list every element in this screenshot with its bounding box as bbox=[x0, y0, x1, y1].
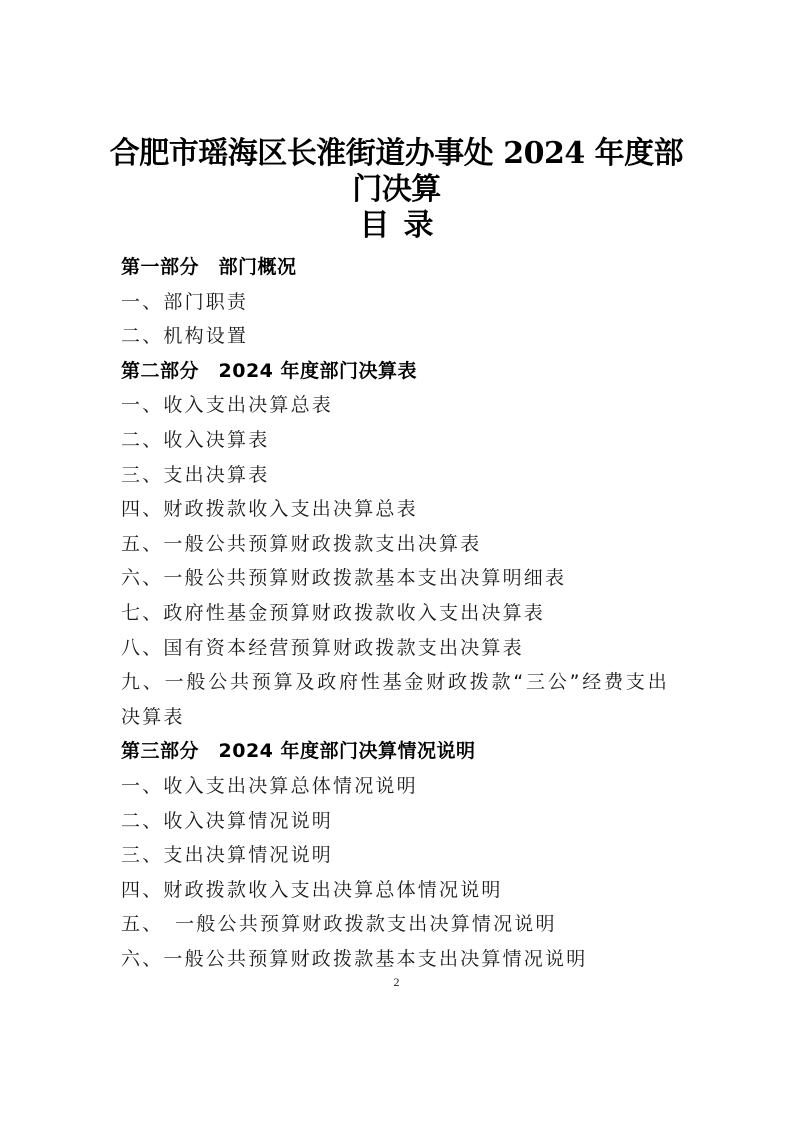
toc-item[interactable]: 七、政府性基金预算财政拨款收入支出决算表 bbox=[121, 596, 681, 631]
document-title-line-1: 合肥市瑶海区长淮街道办事处 2024 年度部 bbox=[0, 136, 793, 172]
toc-item[interactable]: 四、财政拨款收入支出决算总表 bbox=[121, 492, 681, 527]
document-page: 合肥市瑶海区长淮街道办事处 2024 年度部 门决算 目录 第一部分 部门概况 … bbox=[0, 0, 793, 1122]
toc-item[interactable]: 六、一般公共预算财政拨款基本支出决算明细表 bbox=[121, 561, 681, 596]
toc-item[interactable]: 四、财政拨款收入支出决算总体情况说明 bbox=[121, 873, 681, 908]
toc-item[interactable]: 一、收入支出决算总体情况说明 bbox=[121, 769, 681, 804]
toc-item[interactable]: 一、部门职责 bbox=[121, 285, 681, 320]
toc-item[interactable]: 二、收入决算表 bbox=[121, 423, 681, 458]
toc-item[interactable]: 六、一般公共预算财政拨款基本支出决算情况说明 bbox=[121, 942, 681, 977]
toc-item[interactable]: 九、一般公共预算及政府性基金财政拨款“三公”经费支出 bbox=[121, 665, 681, 700]
toc-item[interactable]: 五、一般公共预算财政拨款支出决算表 bbox=[121, 527, 681, 562]
toc-heading: 目录 bbox=[0, 208, 793, 244]
toc-item[interactable]: 八、国有资本经营预算财政拨款支出决算表 bbox=[121, 631, 681, 666]
toc-item[interactable]: 二、机构设置 bbox=[121, 319, 681, 354]
table-of-contents: 第一部分 部门概况 一、部门职责 二、机构设置 第二部分 2024 年度部门决算… bbox=[121, 250, 681, 976]
toc-part-3[interactable]: 第三部分 2024 年度部门决算情况说明 bbox=[121, 734, 681, 769]
document-title-line-2: 门决算 bbox=[0, 172, 793, 208]
toc-item[interactable]: 一、收入支出决算总表 bbox=[121, 388, 681, 423]
toc-part-2[interactable]: 第二部分 2024 年度部门决算表 bbox=[121, 354, 681, 389]
toc-item[interactable]: 三、支出决算表 bbox=[121, 458, 681, 493]
page-number: 2 bbox=[0, 975, 793, 990]
toc-item-continuation[interactable]: 决算表 bbox=[121, 700, 681, 735]
toc-part-1[interactable]: 第一部分 部门概况 bbox=[121, 250, 681, 285]
toc-item[interactable]: 五、 一般公共预算财政拨款支出决算情况说明 bbox=[121, 907, 681, 942]
toc-item[interactable]: 三、支出决算情况说明 bbox=[121, 838, 681, 873]
toc-item[interactable]: 二、收入决算情况说明 bbox=[121, 804, 681, 839]
